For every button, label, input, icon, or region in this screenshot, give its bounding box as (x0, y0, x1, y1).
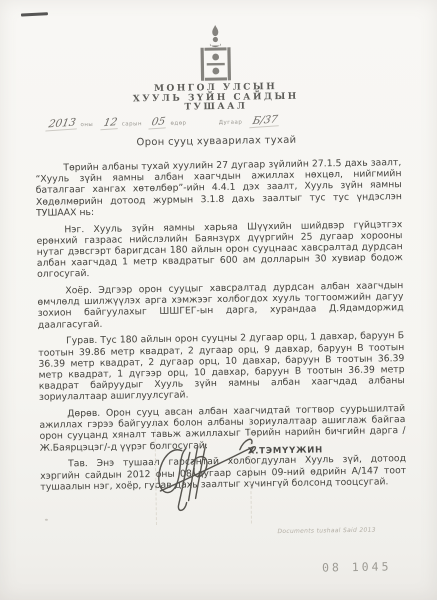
date-day-label: өдөр (170, 120, 186, 126)
order-number-line: Дугаар Б/37 (218, 108, 282, 128)
scan-speck (45, 519, 48, 521)
date-day-handwritten: 05 (149, 115, 169, 129)
date-year-label: оны (80, 122, 93, 128)
date-month-handwritten: 12 (100, 116, 120, 130)
order-clause-2: Хоёр. Эдгээр орон сууцыг хавсралтад дурд… (37, 280, 404, 331)
order-number-handwritten: Б/37 (249, 113, 280, 128)
date-month-label: сарын (122, 121, 142, 127)
signer-name: Х.ТЭМҮҮЖИН (248, 445, 323, 456)
signature-icon (147, 427, 280, 525)
scanned-order-page: МОНГОЛ УЛСЫН ХУУЛЬ ЗҮЙН САЙДЫН ТУШААЛ 20… (0, 0, 437, 600)
order-clause-3: Гурав. Тус 180 айлын орон сууцны 2 дугаа… (38, 330, 405, 403)
scan-tilt-wrapper: МОНГОЛ УЛСЫН ХУУЛЬ ЗҮЙН САЙДЫН ТУШААЛ 20… (0, 0, 437, 600)
scan-corner-mark (21, 12, 48, 16)
footer-doc-reference: Documents tushaal Said 2013 (254, 526, 399, 535)
document-title: Орон сууц хуваарилах тухай (0, 133, 435, 151)
order-preamble: Төрийн албаны тухай хуулийн 27 дугаар зү… (35, 157, 402, 219)
registry-stamp-number: 08 1045 (322, 559, 392, 574)
date-year-handwritten: 2013 (45, 116, 78, 131)
soyombo-emblem-icon (195, 25, 236, 84)
order-clause-1: Нэг. Хууль зүйн яамны харьяа Шүүхийн ший… (36, 219, 403, 281)
date-line: 2013оны 12сарын 05өдөр (43, 109, 186, 130)
order-number-label: Дугаар (219, 120, 243, 126)
